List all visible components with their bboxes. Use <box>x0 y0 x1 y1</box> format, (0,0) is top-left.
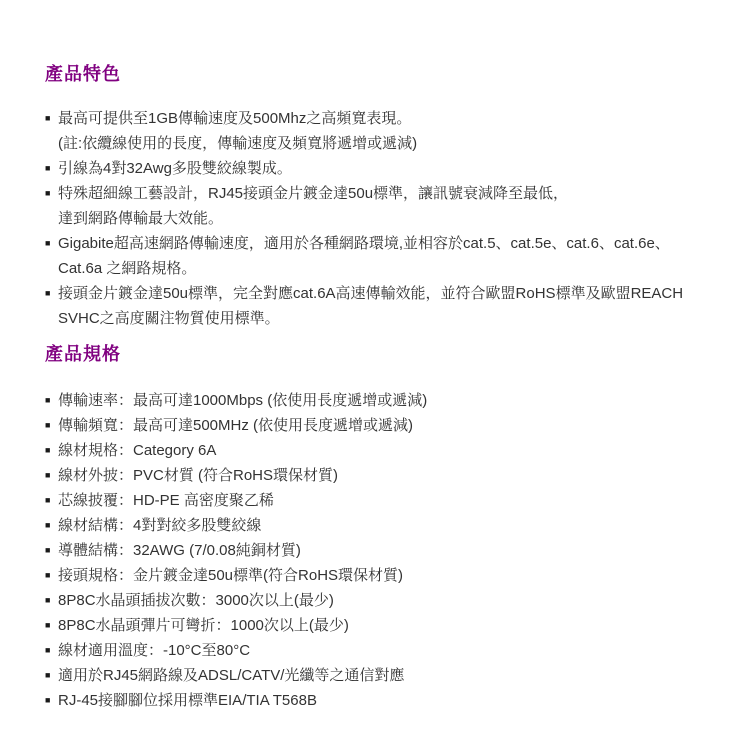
list-item: ■RJ-45接腳腳位採用標準EIA/TIA T568B <box>45 688 719 713</box>
list-item-text: 線材適用溫度：-10°C至80°C <box>58 638 719 663</box>
list-item-text: 引線為4對32Awg多股雙絞線製成。 <box>58 156 719 181</box>
list-item: ■線材規格：Category 6A <box>45 438 719 463</box>
list-item-text: 適用於RJ45網路線及ADSL/CATV/光纖等之通信對應 <box>58 663 719 688</box>
list-item: ■8P8C水晶頭彈片可彎折：1000次以上(最少) <box>45 613 719 638</box>
bullet-square-icon: ■ <box>45 513 58 538</box>
bullet-square-icon: ■ <box>45 388 58 413</box>
text-line: 傳輸速率：最高可達1000Mbps (依使用長度遞增或遞減) <box>58 388 719 413</box>
bullet-square-icon: ■ <box>45 488 58 513</box>
list-item-text: 導體結構：32AWG (7/0.08純銅材質) <box>58 538 719 563</box>
list-item-text: 傳輸頻寬：最高可達500MHz (依使用長度遞增或遞減) <box>58 413 719 438</box>
list-item: ■接頭規格：金片鍍金達50u標準(符合RoHS環保材質) <box>45 563 719 588</box>
bullet-square-icon: ■ <box>45 438 58 463</box>
text-line: 8P8C水晶頭彈片可彎折：1000次以上(最少) <box>58 613 719 638</box>
text-line: 最高可提供至1GB傳輸速度及500Mhz之高頻寬表現。 <box>58 106 719 131</box>
bullet-square-icon: ■ <box>45 463 58 488</box>
text-line: 適用於RJ45網路線及ADSL/CATV/光纖等之通信對應 <box>58 663 719 688</box>
text-line: 線材規格：Category 6A <box>58 438 719 463</box>
text-line: 線材外披：PVC材質 (符合RoHS環保材質) <box>58 463 719 488</box>
product-description-page: 產品特色 ■最高可提供至1GB傳輸速度及500Mhz之高頻寬表現。(註:依纜線使… <box>0 0 749 713</box>
text-line: (註:依纜線使用的長度，傳輸速度及頻寬將遞增或遞減) <box>58 131 719 156</box>
list-item: ■線材適用溫度：-10°C至80°C <box>45 638 719 663</box>
product-features-title: 產品特色 <box>45 64 719 84</box>
list-item: ■接頭金片鍍金達50u標準，完全對應cat.6A高速傳輸效能，並符合歐盟RoHS… <box>45 281 719 331</box>
text-line: 芯線披覆：HD-PE 高密度聚乙稀 <box>58 488 719 513</box>
list-item-text: RJ-45接腳腳位採用標準EIA/TIA T568B <box>58 688 719 713</box>
list-item-text: 特殊超細線工藝設計，RJ45接頭金片鍍金達50u標準，讓訊號衰減降至最低，達到網… <box>58 181 719 231</box>
list-item: ■8P8C水晶頭插拔次數：3000次以上(最少) <box>45 588 719 613</box>
list-item: ■導體結構：32AWG (7/0.08純銅材質) <box>45 538 719 563</box>
list-item: ■傳輸頻寬：最高可達500MHz (依使用長度遞增或遞減) <box>45 413 719 438</box>
bullet-square-icon: ■ <box>45 588 58 613</box>
text-line: 8P8C水晶頭插拔次數：3000次以上(最少) <box>58 588 719 613</box>
bullet-square-icon: ■ <box>45 563 58 588</box>
text-line: Cat.6a 之網路規格。 <box>58 256 719 281</box>
bullet-square-icon: ■ <box>45 281 58 306</box>
list-item: ■線材結構：4對對絞多股雙絞線 <box>45 513 719 538</box>
bullet-square-icon: ■ <box>45 156 58 181</box>
section-product-features: 產品特色 ■最高可提供至1GB傳輸速度及500Mhz之高頻寬表現。(註:依纜線使… <box>45 64 719 331</box>
list-item: ■適用於RJ45網路線及ADSL/CATV/光纖等之通信對應 <box>45 663 719 688</box>
product-features-list: ■最高可提供至1GB傳輸速度及500Mhz之高頻寬表現。(註:依纜線使用的長度，… <box>45 106 719 331</box>
bullet-square-icon: ■ <box>45 663 58 688</box>
list-item-text: 線材規格：Category 6A <box>58 438 719 463</box>
text-line: SVHC之高度關注物質使用標準。 <box>58 306 719 331</box>
list-item-text: 線材外披：PVC材質 (符合RoHS環保材質) <box>58 463 719 488</box>
bullet-square-icon: ■ <box>45 613 58 638</box>
list-item: ■Gigabite超高速網路傳輸速度，適用於各種網路環境,並相容於cat.5、c… <box>45 231 719 281</box>
list-item: ■最高可提供至1GB傳輸速度及500Mhz之高頻寬表現。(註:依纜線使用的長度，… <box>45 106 719 156</box>
list-item-text: Gigabite超高速網路傳輸速度，適用於各種網路環境,並相容於cat.5、ca… <box>58 231 719 281</box>
list-item: ■芯線披覆：HD-PE 高密度聚乙稀 <box>45 488 719 513</box>
list-item: ■特殊超細線工藝設計，RJ45接頭金片鍍金達50u標準，讓訊號衰減降至最低，達到… <box>45 181 719 231</box>
bullet-square-icon: ■ <box>45 638 58 663</box>
text-line: 接頭規格：金片鍍金達50u標準(符合RoHS環保材質) <box>58 563 719 588</box>
list-item-text: 接頭金片鍍金達50u標準，完全對應cat.6A高速傳輸效能，並符合歐盟RoHS標… <box>58 281 719 331</box>
list-item-text: 接頭規格：金片鍍金達50u標準(符合RoHS環保材質) <box>58 563 719 588</box>
list-item-text: 最高可提供至1GB傳輸速度及500Mhz之高頻寬表現。(註:依纜線使用的長度，傳… <box>58 106 719 156</box>
text-line: 達到網路傳輸最大效能。 <box>58 206 719 231</box>
list-item-text: 傳輸速率：最高可達1000Mbps (依使用長度遞增或遞減) <box>58 388 719 413</box>
bullet-square-icon: ■ <box>45 231 58 256</box>
text-line: 特殊超細線工藝設計，RJ45接頭金片鍍金達50u標準，讓訊號衰減降至最低， <box>58 181 719 206</box>
text-line: 接頭金片鍍金達50u標準，完全對應cat.6A高速傳輸效能，並符合歐盟RoHS標… <box>58 281 719 306</box>
product-specs-list: ■傳輸速率：最高可達1000Mbps (依使用長度遞增或遞減)■傳輸頻寬：最高可… <box>45 388 719 713</box>
product-specs-title: 產品規格 <box>45 344 719 364</box>
text-line: 傳輸頻寬：最高可達500MHz (依使用長度遞增或遞減) <box>58 413 719 438</box>
list-item: ■引線為4對32Awg多股雙絞線製成。 <box>45 156 719 181</box>
text-line: 引線為4對32Awg多股雙絞線製成。 <box>58 156 719 181</box>
bullet-square-icon: ■ <box>45 538 58 563</box>
bullet-square-icon: ■ <box>45 106 58 131</box>
list-item: ■線材外披：PVC材質 (符合RoHS環保材質) <box>45 463 719 488</box>
list-item-text: 8P8C水晶頭彈片可彎折：1000次以上(最少) <box>58 613 719 638</box>
section-product-specs: 產品規格 ■傳輸速率：最高可達1000Mbps (依使用長度遞增或遞減)■傳輸頻… <box>45 344 719 713</box>
text-line: RJ-45接腳腳位採用標準EIA/TIA T568B <box>58 688 719 713</box>
text-line: 線材適用溫度：-10°C至80°C <box>58 638 719 663</box>
text-line: 導體結構：32AWG (7/0.08純銅材質) <box>58 538 719 563</box>
list-item-text: 線材結構：4對對絞多股雙絞線 <box>58 513 719 538</box>
list-item-text: 8P8C水晶頭插拔次數：3000次以上(最少) <box>58 588 719 613</box>
list-item: ■傳輸速率：最高可達1000Mbps (依使用長度遞增或遞減) <box>45 388 719 413</box>
list-item-text: 芯線披覆：HD-PE 高密度聚乙稀 <box>58 488 719 513</box>
bullet-square-icon: ■ <box>45 688 58 713</box>
bullet-square-icon: ■ <box>45 181 58 206</box>
text-line: Gigabite超高速網路傳輸速度，適用於各種網路環境,並相容於cat.5、ca… <box>58 231 719 256</box>
bullet-square-icon: ■ <box>45 413 58 438</box>
text-line: 線材結構：4對對絞多股雙絞線 <box>58 513 719 538</box>
